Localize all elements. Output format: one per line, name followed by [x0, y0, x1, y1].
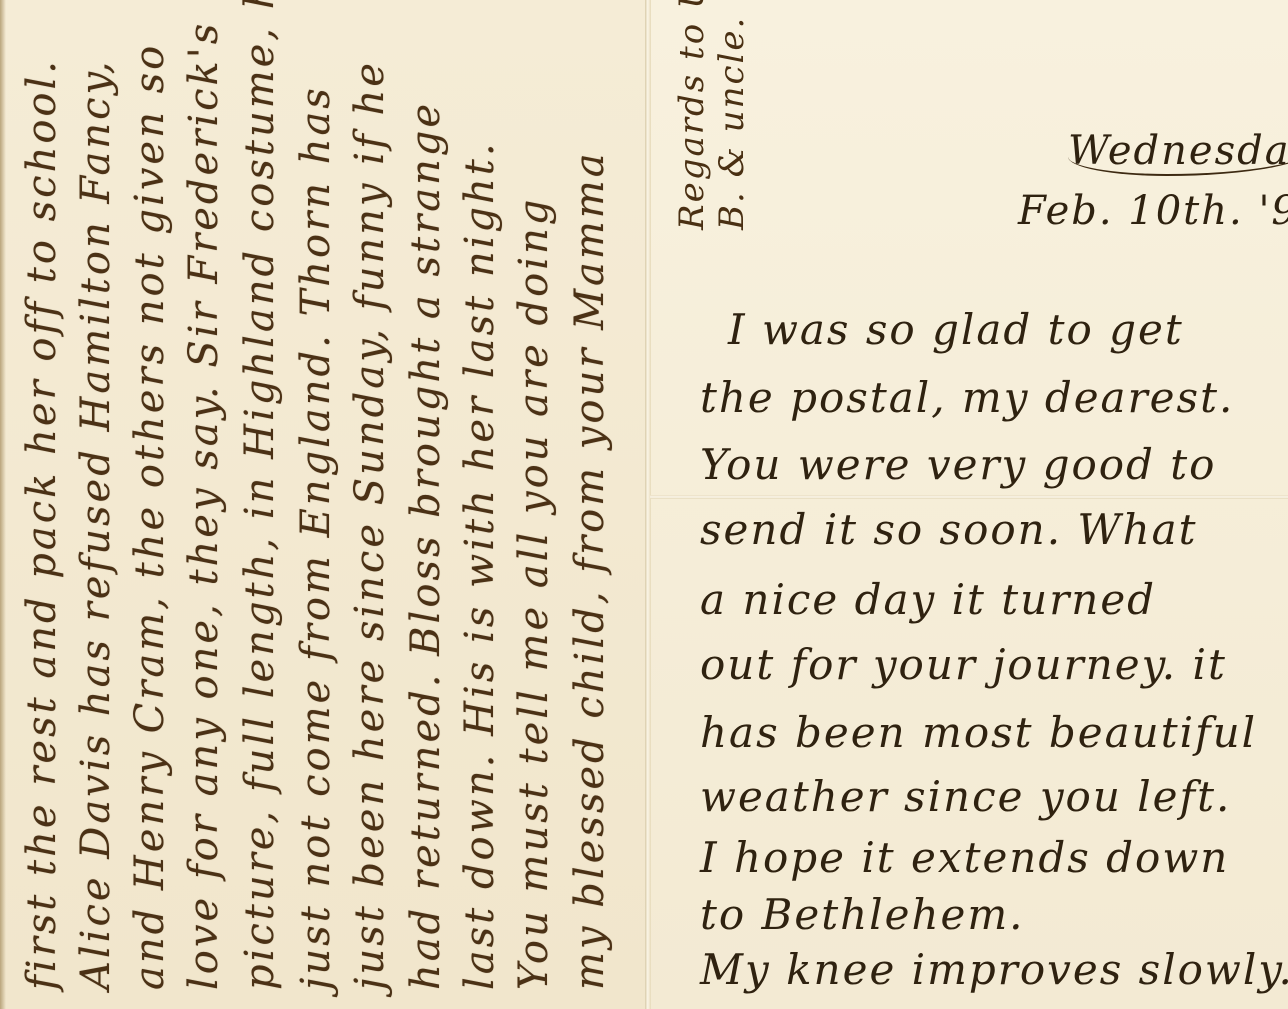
left-line-11: my blessed child, from your Mamma	[566, 150, 614, 990]
left-line-4: love for any one, they say. Sir Frederic…	[180, 21, 228, 990]
regards-note-line-1: Regards to Uncle	[672, 0, 712, 230]
left-line-2: Alice Davis has refused Hamilton Fancy,	[72, 59, 120, 990]
letter-day: Wednesday	[1068, 128, 1288, 176]
left-line-10: You must tell me all you are doing	[510, 197, 558, 990]
right-line-9: I hope it extends down	[700, 833, 1229, 883]
left-line-6: just not come from England. Thorn has	[292, 85, 340, 990]
right-line-1: I was so glad to get	[728, 305, 1184, 355]
right-line-10: to Bethlehem.	[700, 890, 1025, 940]
left-line-8: had returned. Bloss brought a strange	[402, 101, 450, 990]
right-line-8: weather since you left.	[700, 772, 1231, 822]
regards-note-line-2: B. & uncle.	[712, 16, 752, 230]
right-line-2: the postal, my dearest.	[700, 373, 1234, 423]
paper-edge-shadow	[0, 0, 6, 1009]
left-line-1: first the rest and pack her off to schoo…	[18, 58, 66, 990]
left-line-5: picture, full length, in Highland costum…	[236, 0, 284, 990]
letter-photo: first the rest and pack her off to schoo…	[0, 0, 1288, 1009]
right-line-4: send it so soon. What	[700, 505, 1198, 555]
horizontal-crease	[650, 495, 1288, 499]
center-fold	[645, 0, 651, 1009]
left-line-7: just been here since Sunday, funny if he	[346, 60, 394, 990]
letter-date: Feb. 10th. '92	[1018, 188, 1288, 234]
right-line-7: has been most beautiful	[700, 708, 1257, 758]
right-line-3: You were very good to	[700, 440, 1216, 490]
right-line-11: My knee improves slowly. I	[700, 945, 1288, 995]
left-line-9: last down. His is with her last night.	[456, 140, 504, 990]
right-line-6: out for your journey. it	[700, 640, 1227, 690]
right-line-5: a nice day it turned	[700, 575, 1156, 625]
left-line-3: and Henry Cram, the others not given so	[126, 43, 174, 990]
